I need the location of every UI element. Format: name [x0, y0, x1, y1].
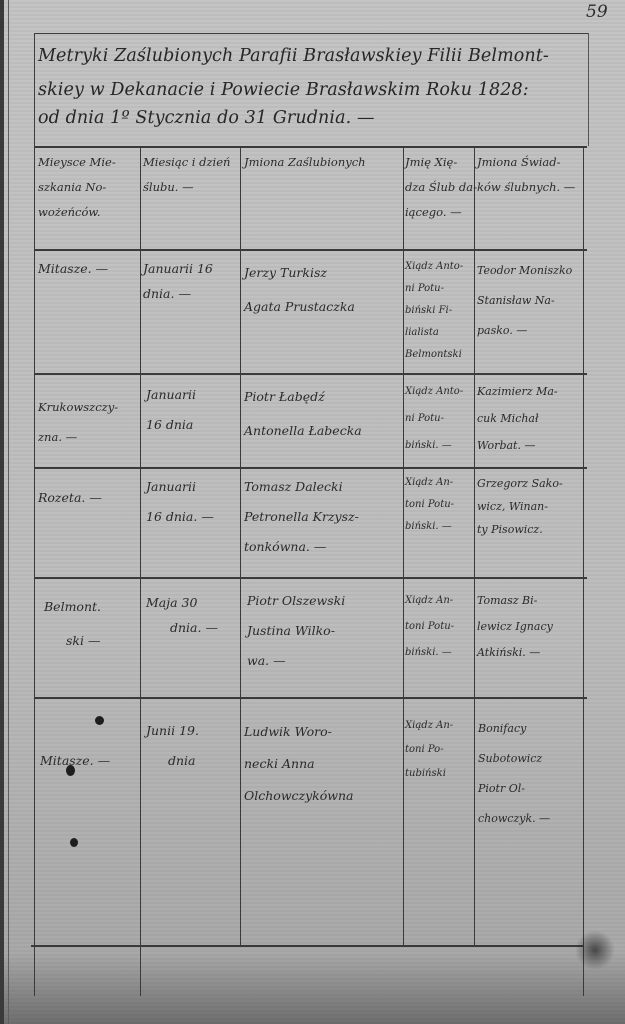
cell-place: Rozeta. — — [38, 485, 102, 510]
header-bottom-rule — [34, 249, 587, 251]
cell-priest: Xiądz An- toni Potu- biński. — — [405, 588, 454, 666]
title-line-3: od dnia 1º Stycznia do 31 Grudnia. — — [38, 108, 375, 128]
column-rule-right — [583, 146, 584, 996]
cell-names: Jerzy Turkisz Agata Prustaczka — [244, 256, 355, 324]
cell-names: Piotr Łabędź Antonella Łabecka — [244, 380, 362, 448]
page-binding-edge — [0, 0, 4, 1024]
cell-place: Mitasze. — — [40, 748, 110, 773]
cell-witnesses: Grzegorz Sako- wicz, Winan- ty Pisowicz. — [477, 472, 563, 541]
row-rule — [34, 697, 587, 699]
column-rule — [403, 146, 404, 946]
header-place-of-residence: Mieysce Mie- szkania No- wożeńców. — [38, 150, 116, 225]
cell-witnesses: Bonifacy Subotowicz Piotr Ol- chowczyk. … — [478, 714, 550, 834]
table-bottom-rule — [31, 945, 584, 947]
column-rule-left — [34, 146, 35, 996]
row-rule — [34, 373, 587, 375]
title-line-1: Metryki Zaślubionych Parafii Brasławskie… — [38, 46, 549, 66]
cell-names: Tomasz Dalecki Petronella Krzysz- tonków… — [244, 472, 359, 562]
manuscript-page: 59 Metryki Zaślubionych Parafii Brasławs… — [0, 0, 625, 1024]
header-officiating-priest: Jmię Xię- dza Ślub da- iącego. — — [405, 150, 477, 225]
cell-place: Belmont. ski — — [44, 590, 101, 658]
ink-blot — [95, 716, 104, 725]
ink-blot — [66, 765, 75, 776]
cell-date: Januarii 16 dnia. — — [143, 256, 213, 306]
cell-witnesses: Kazimierz Ma- cuk Michał Worbat. — — [477, 378, 558, 459]
cell-place: Mitasze. — — [38, 256, 108, 281]
cell-names: Piotr Olszewski Justina Wilko- wa. — — [247, 586, 345, 676]
header-date-of-marriage: Miesiąc i dzień ślubu. — — [143, 150, 230, 200]
cell-priest: Xiądz Anto- ni Potu- biński Fi- lialista… — [405, 256, 463, 366]
column-rule — [240, 146, 241, 946]
cell-date: Maja 30 dnia. — — [146, 590, 218, 640]
header-names-of-couple: Jmiona Zaślubionych — [244, 150, 366, 175]
title-line-2: skiey w Dekanacie i Powiecie Brasławskim… — [38, 80, 529, 100]
ink-stain — [575, 930, 615, 970]
row-rule — [34, 577, 587, 579]
cell-date: Januarii 16 dnia — [146, 380, 196, 440]
cell-date: Junii 19. dnia — [146, 716, 199, 776]
column-rule — [474, 146, 475, 946]
cell-names: Ludwik Woro- necki Anna Olchowczykówna — [244, 716, 353, 812]
folio-number: 59 — [586, 2, 608, 22]
table-top-rule — [34, 146, 587, 148]
cell-priest: Xiądz An- toni Po- tubiński — [405, 714, 453, 786]
cell-priest: Xiądz Anto- ni Potu- biński. — — [405, 378, 463, 459]
column-rule — [140, 146, 141, 996]
cell-witnesses: Tomasz Bi- lewicz Ignacy Atkiński. — — [477, 588, 553, 666]
margin-rule — [8, 0, 9, 1024]
cell-place: Krukowszczy- zna. — — [38, 392, 118, 452]
cell-priest: Xiądz An- toni Potu- biński. — — [405, 472, 454, 538]
row-rule — [34, 467, 587, 469]
cell-witnesses: Teodor Moniszko Stanisław Na- pasko. — — [477, 256, 572, 346]
ink-blot — [70, 838, 78, 847]
header-witnesses: Jmiona Świad- ków ślubnych. — — [477, 150, 575, 200]
cell-date: Januarii 16 dnia. — — [146, 472, 214, 532]
